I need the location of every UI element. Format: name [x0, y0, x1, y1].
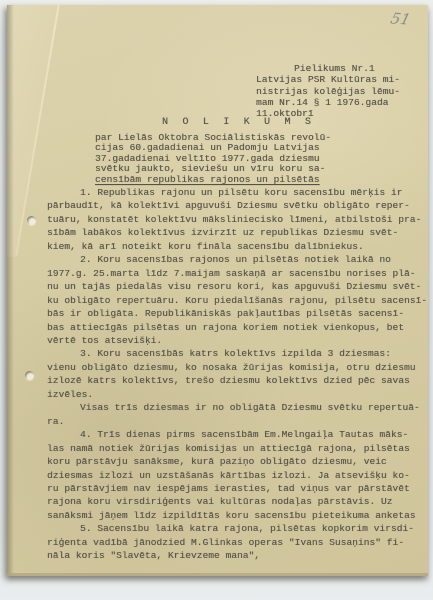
text-line: Pielikums Nr.1 — [256, 63, 400, 74]
text-line: kiem, kā arī noteikt koru fināla sacensī… — [47, 240, 429, 253]
text-line: nu un tajās piedalās visu resoru kori, k… — [47, 280, 429, 293]
text-line: bās ir obligāta. Republikāniskās pakļaut… — [47, 307, 429, 320]
text-line: ra. — [47, 415, 429, 428]
text-line: bas attiecīgās pilsētas un rajona koriem… — [47, 321, 429, 334]
text-line: riģenta vadībā jānodzied M.Glinkas opera… — [47, 536, 429, 549]
paragraph: 1. Republikas rajonu un pilsētu koru sac… — [47, 186, 429, 253]
text-line: 1. Republikas rajonu un pilsētu koru sac… — [47, 186, 429, 199]
text-line: rajona koru virsdiriģents vai kultūras n… — [47, 495, 429, 508]
text-line: izvēles. — [47, 388, 429, 401]
text-line: vērtē tos atsevišķi. — [47, 334, 429, 347]
text-line: 4. Trīs dienas pirms sacensībām Em.Melng… — [47, 428, 429, 441]
text-line: 2. Koru sacensības rajonos un pilsētās n… — [47, 253, 429, 266]
paragraph: 2. Koru sacensības rajonos un pilsētās n… — [47, 253, 429, 347]
document-page: Pielikums Nr.1Latvijas PSR Kultūras mi-n… — [7, 5, 428, 576]
text-line: ku obligāto repertuāru. Koru piedalīšanā… — [47, 294, 429, 307]
text-line: tuāru, konstatēt kolektīvu māksliniecisk… — [47, 213, 429, 226]
text-line: censībām republikas rajonos un pilsētās — [95, 175, 331, 185]
text-line: koru pārstāvju sanāksme, kurā paziņo obl… — [47, 455, 429, 468]
paper-bottom-edge — [7, 573, 428, 576]
text-line: ru pārstāvjiem nav iespējams ierasties, … — [47, 482, 429, 495]
text-line: vienu obligāto dziesmu, ko nosaka žūrija… — [47, 361, 429, 374]
paragraph: 3. Koru sacensībās katrs kolektīvs izpil… — [47, 347, 429, 401]
text-line: 3. Koru sacensībās katrs kolektīvs izpil… — [47, 347, 429, 360]
text-line: izlozē katrs kolektīvs, trešo dziesmu ko… — [47, 374, 429, 387]
text-line: las namā notiek žūrijas komisijas un att… — [47, 442, 429, 455]
text-line: Latvijas PSR Kultūras mi- — [256, 74, 400, 85]
text-line: Visas trīs dziesmas ir no obligātā Dzies… — [47, 401, 429, 414]
paper-left-shadow — [7, 5, 14, 576]
text-line: mam Nr.14 § 1 1976.gada — [256, 97, 400, 108]
punch-hole-top — [27, 216, 36, 225]
text-line: nāla koris "Slavēta, Krievzeme mana", — [47, 549, 429, 562]
scanner-background: Pielikums Nr.1Latvijas PSR Kultūras mi-n… — [0, 0, 433, 600]
document-subtitle: par Lielās Oktobra Sociālistiskās revolū… — [95, 133, 331, 185]
paragraph: 5. Sacensību laikā katra rajona, pilsēta… — [47, 522, 429, 562]
text-line: sanāksmi jāņem līdz izpildītās koru sace… — [47, 509, 429, 522]
paragraph: 4. Trīs dienas pirms sacensībām Em.Melng… — [47, 428, 429, 522]
text-line: dziesmas izlozi un uzstāšanās kārtības i… — [47, 469, 429, 482]
paragraph: Visas trīs dziesmas ir no obligātā Dzies… — [47, 401, 429, 428]
annex-header: Pielikums Nr.1Latvijas PSR Kultūras mi-n… — [256, 63, 400, 119]
document-body: 1. Republikas rajonu un pilsētu koru sac… — [47, 186, 429, 563]
text-line: 1977.g. 25.marta līdz 7.maijam saskaņā a… — [47, 267, 429, 280]
text-line: nistrijas kolēģijas lēmu- — [256, 86, 400, 97]
punch-hole-bottom — [25, 371, 34, 380]
text-line: sībām labākos kolektīvus izvirzīt uz rep… — [47, 226, 429, 239]
document-title: N O L I K U M S — [162, 117, 315, 128]
text-line: pārbaudīt, kā kolektīvi apguvuši Dziesmu… — [47, 199, 429, 212]
text-line: 5. Sacensību laikā katra rajona, pilsēta… — [47, 522, 429, 535]
